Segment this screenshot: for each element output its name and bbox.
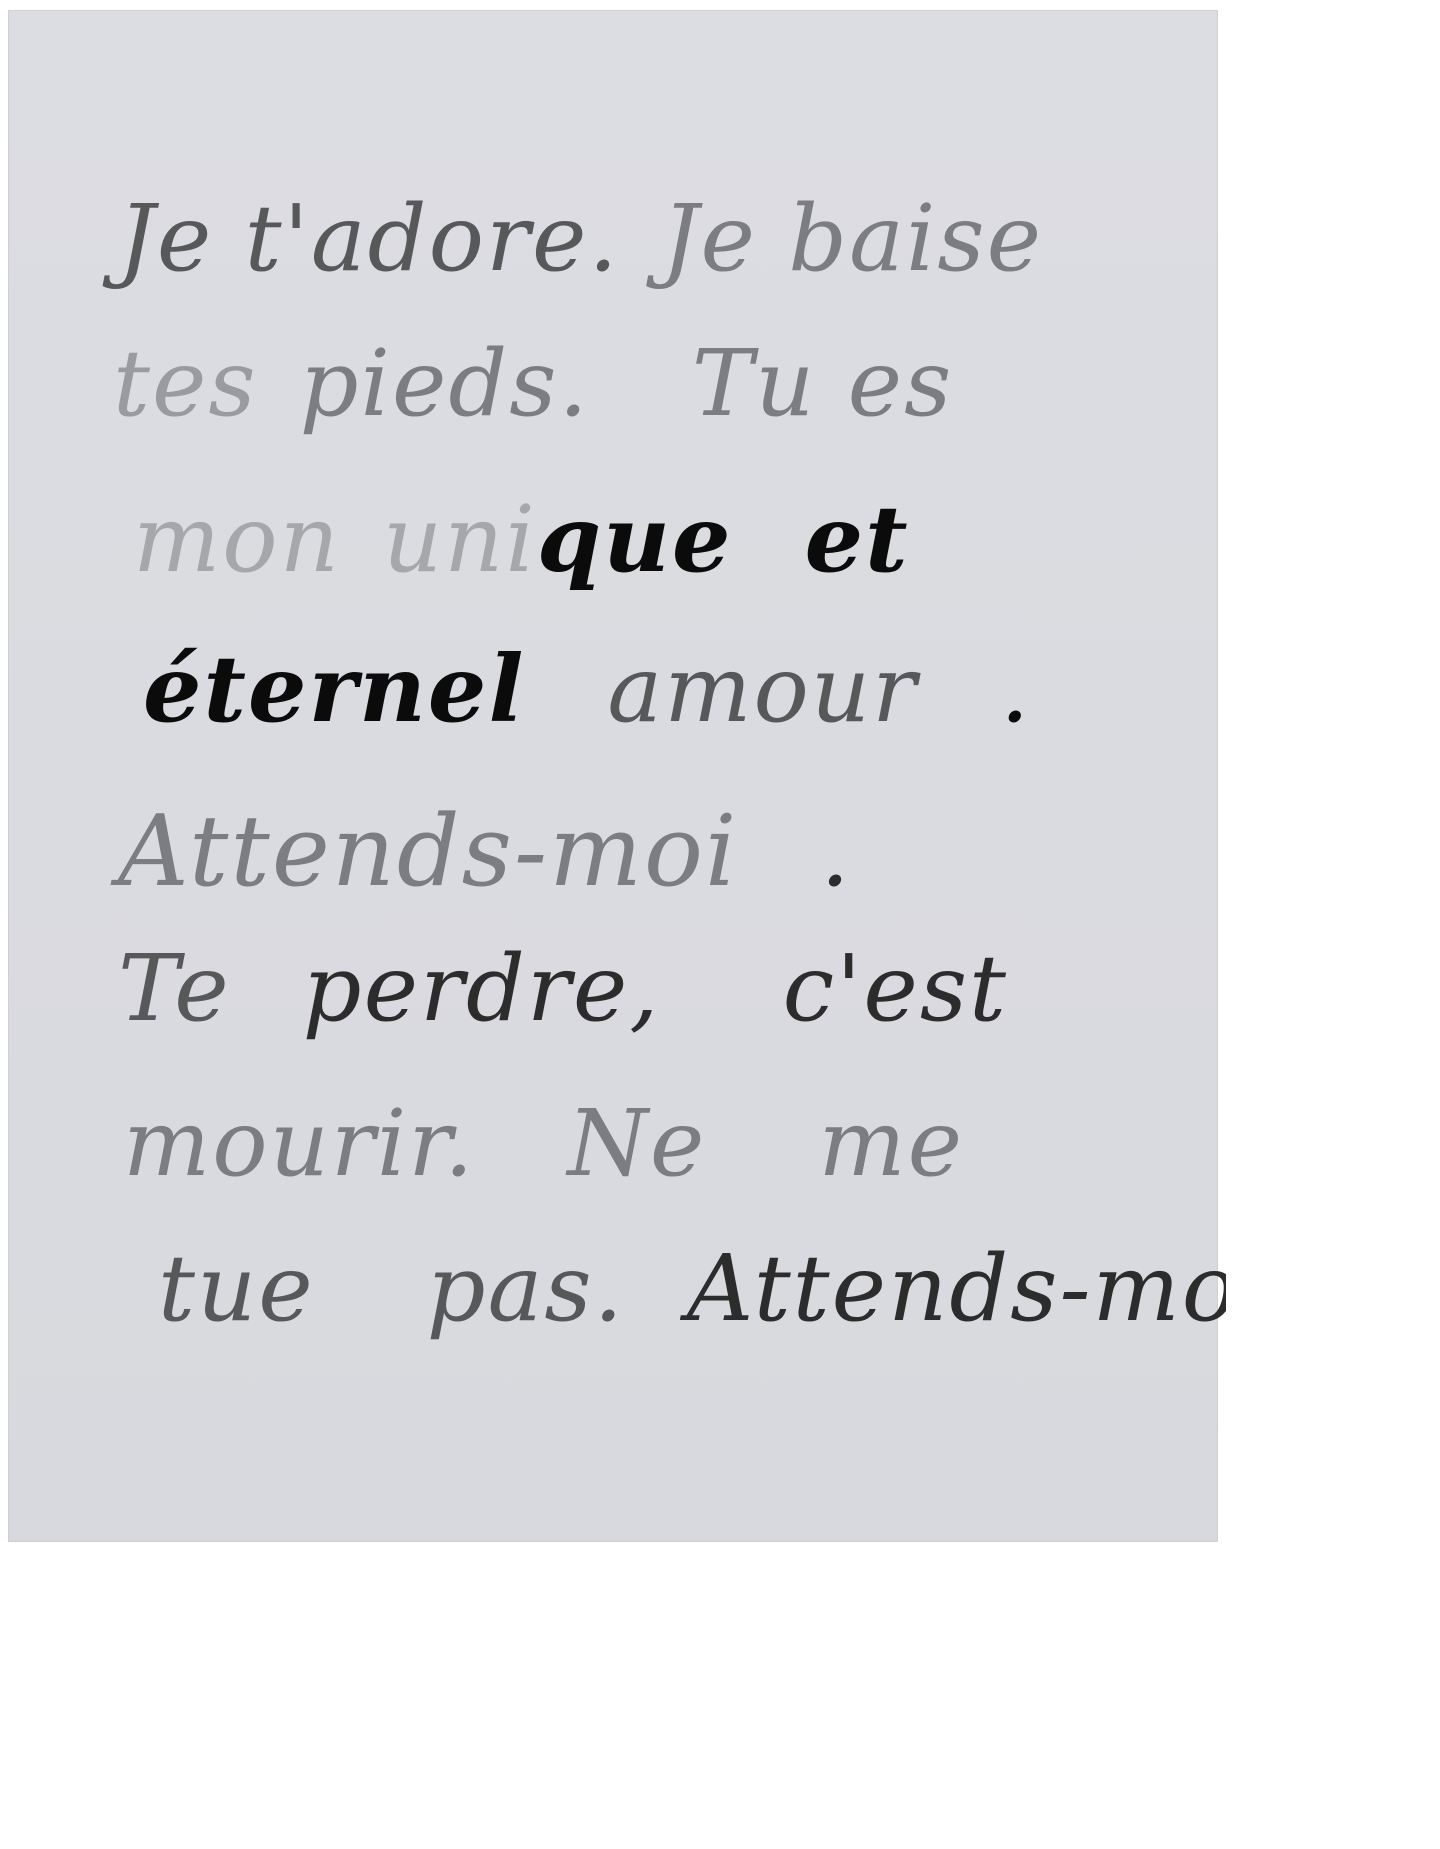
handwritten-line-5: Attends-moi. xyxy=(118,795,894,909)
word: que xyxy=(537,485,733,593)
letter-paper: Je t'adore.Je baise tespieds.Tu es monun… xyxy=(8,10,1218,1542)
word: me xyxy=(818,1090,964,1197)
handwritten-line-4: éternelamour. xyxy=(143,635,1073,743)
word: et xyxy=(805,485,910,593)
handwritten-line-1: Je t'adore.Je baise xyxy=(118,185,1085,292)
handwritten-line-7: mourir.Neme xyxy=(123,1090,1006,1197)
handwritten-line-2: tespieds.Tu es xyxy=(113,330,995,437)
word: tes xyxy=(113,330,258,437)
word: Te xyxy=(118,935,231,1042)
word: Je baise xyxy=(662,185,1043,292)
word: uni xyxy=(383,486,537,593)
handwritten-line-8: tuepas.Attends-moi. xyxy=(158,1235,1226,1342)
word: tue xyxy=(158,1235,315,1342)
word: Attends-moi. xyxy=(687,1235,1226,1342)
handwritten-line-6: Teperdre,c'est xyxy=(118,935,1050,1042)
word: . xyxy=(1000,636,1031,743)
word: . xyxy=(820,800,851,907)
word: mourir. xyxy=(123,1090,475,1197)
word: pieds. xyxy=(300,330,590,437)
word: c'est xyxy=(783,935,1008,1042)
handwritten-line-3: monuniqueet xyxy=(133,485,952,593)
word: Ne xyxy=(567,1090,706,1197)
word: perdre, xyxy=(303,935,661,1042)
word: Je t'adore. xyxy=(118,185,620,292)
word: Tu es xyxy=(692,330,954,437)
word: amour xyxy=(607,636,918,743)
word: éternel xyxy=(143,635,525,743)
word: pas. xyxy=(427,1235,625,1342)
word: Attends-moi xyxy=(118,795,738,909)
word: mon xyxy=(133,486,341,593)
